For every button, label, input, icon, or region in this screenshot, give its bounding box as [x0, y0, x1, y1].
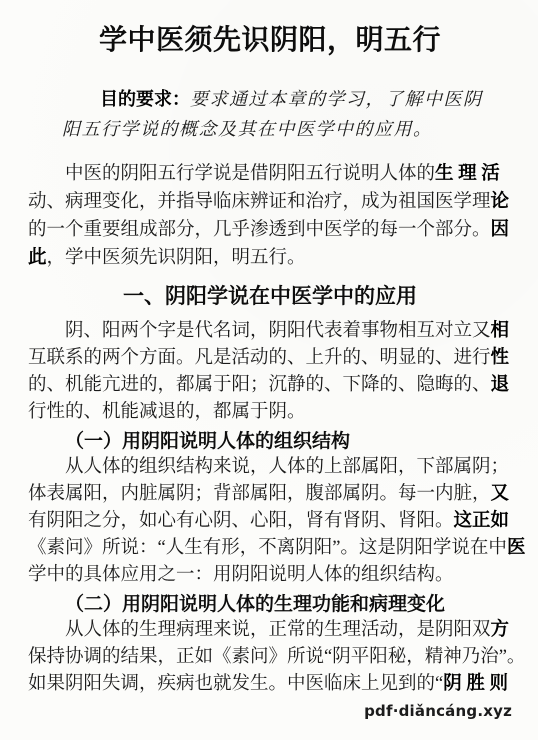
intro-paragraph: 中医的阴阳五行学说是借阴阳五行说明人体的生 理 活动、病理变化，并指导临床辨证和… — [28, 160, 512, 272]
text-line: 体表属阳，内脏属阴；背部属阳，腹部属阴。每一内脏，又 — [28, 481, 512, 508]
text-line: 阳五行学说的概念及其在中医学中的应用。 — [62, 114, 512, 144]
text-line: 学中的具体应用之一：用阴阳说明人体的组织结构。 — [28, 562, 512, 589]
text-line: 的一个重要组成部分，几乎渗透到中医学的每一个部分。因 — [28, 216, 512, 244]
text-line: 从人体的生理病理来说，正常的生理活动，是阴阳双方 — [28, 617, 512, 644]
text-line: 中医的阴阳五行学说是借阴阳五行说明人体的生 理 活 — [28, 160, 512, 188]
section-heading: 一、阴阳学说在中医学中的应用 — [28, 281, 512, 311]
text-line: 的、机能亢进的，都属于阳；沉静的、下降的、隐晦的、退 — [28, 372, 512, 399]
text-line: 动、病理变化，并指导临床辨证和治疗，成为祖国医学理论 — [28, 188, 512, 216]
text-line: 目的要求：要求通过本章的学习，了解中医阴 — [62, 84, 512, 114]
body-structure-paragraph: 从人体的组织结构来说，人体的上部属阳，下部属阴；体表属阳，内脏属阴；背部属阳，腹… — [28, 454, 512, 589]
watermark-text: pdf·diǎncáng.xyz — [28, 702, 512, 720]
page-title: 学中医须先识阴阳，明五行 — [28, 22, 512, 58]
yin-yang-definition-paragraph: 阴、阳两个字是代名词，阴阳代表着事物相互对立又相互联系的两个方面。凡是活动的、上… — [28, 318, 512, 426]
text-line: 从人体的组织结构来说，人体的上部属阳，下部属阴； — [28, 454, 512, 481]
objective-paragraph: 目的要求：要求通过本章的学习，了解中医阴阳五行学说的概念及其在中医学中的应用。 — [62, 84, 512, 144]
text-line: 行性的、机能减退的，都属于阴。 — [28, 399, 512, 426]
physiology-pathology-paragraph: 从人体的生理病理来说，正常的生理活动，是阴阳双方保持协调的结果，正如《素问》所说… — [28, 617, 512, 698]
text-line: 《素问》所说：“人生有形，不离阴阳”。这是阴阳学说在中医 — [28, 535, 512, 562]
subsection-heading-1: （一）用阴阳说明人体的组织结构 — [28, 428, 512, 454]
scanned-book-page: 学中医须先识阴阳，明五行 目的要求：要求通过本章的学习，了解中医阴阳五行学说的概… — [0, 0, 538, 740]
subsection-heading-2: （二）用阴阳说明人体的生理功能和病理变化 — [28, 591, 512, 617]
text-line: 保持协调的结果，正如《素问》所说“阴平阳秘，精神乃治”。 — [28, 644, 512, 671]
text-line: 互联系的两个方面。凡是活动的、上升的、明显的、进行性 — [28, 345, 512, 372]
text-line: 有阴阳之分，如心有心阴、心阳，肾有肾阴、肾阳。这正如 — [28, 508, 512, 535]
text-line: 此，学中医须先识阴阳，明五行。 — [28, 244, 512, 272]
text-line: 阴、阳两个字是代名词，阴阳代表着事物相互对立又相 — [28, 318, 512, 345]
text-line: 如果阴阳失调，疾病也就发生。中医临床上见到的“阴 胜 则 — [28, 671, 512, 698]
